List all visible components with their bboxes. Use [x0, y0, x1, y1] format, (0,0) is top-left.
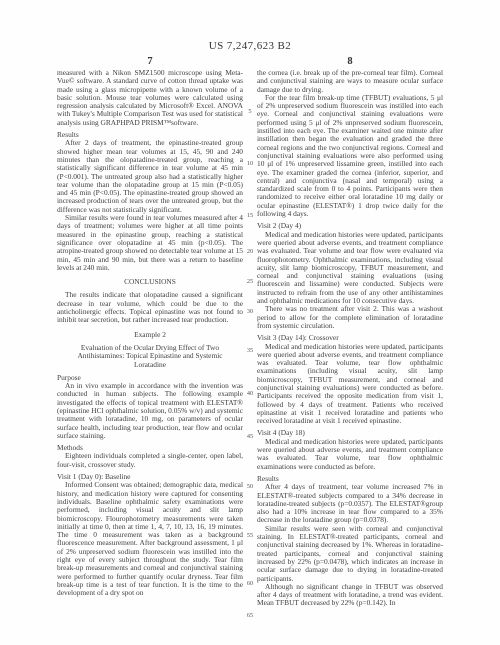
- right-column: the cornea (i.e. break up of the pre-cor…: [257, 69, 443, 608]
- line-number: 45: [242, 433, 258, 440]
- line-number: 65: [242, 612, 258, 619]
- centered-heading: CONCLUSIONS: [57, 278, 243, 286]
- line-number: 50: [242, 483, 258, 490]
- paragraph: After 2 days of treatment, the epinastin…: [57, 139, 243, 214]
- paragraph: Eighteen individuals completed a single-…: [57, 452, 243, 469]
- paragraph: There was no treatment after visit 2. Th…: [257, 305, 443, 330]
- paragraph: Medical and medication histories were up…: [257, 343, 443, 426]
- paragraph: For the tear film break-up time (TFBUT) …: [257, 94, 443, 218]
- page-column-number-left: 7: [57, 56, 243, 67]
- patent-page: US 7,247,623 B2 7 8 51015202530354045505…: [0, 0, 500, 645]
- line-number: 15: [242, 212, 258, 219]
- line-number: 60: [242, 580, 258, 587]
- line-number: 35: [242, 347, 258, 354]
- line-number: 40: [242, 390, 258, 397]
- paragraph: Medical and medication histories were up…: [257, 231, 443, 306]
- paragraph: Similar results were seen with corneal a…: [257, 525, 443, 583]
- paragraph: After 4 days of treatment, tear volume i…: [257, 483, 443, 524]
- paragraph: Although no significant change in TFBUT …: [257, 583, 443, 608]
- line-number: 30: [242, 308, 258, 315]
- example-title: Evaluation of the Ocular Drying Effect o…: [71, 344, 229, 369]
- line-number: 20: [242, 248, 258, 255]
- paragraph: Similar results were found in tear volum…: [57, 214, 243, 272]
- paragraph: The results indicate that olopatadine ca…: [57, 291, 243, 324]
- paragraph: Informed Consent was obtained; demograph…: [57, 481, 243, 597]
- line-number: 25: [242, 278, 258, 285]
- centered-heading: Example 2: [57, 331, 243, 339]
- left-column: measured with a Nikon SMZ1500 microscope…: [57, 69, 243, 598]
- line-number: 10: [242, 160, 258, 167]
- paragraph: the cornea (i.e. break up of the pre-cor…: [257, 69, 443, 94]
- line-number: 5: [242, 108, 258, 115]
- paragraph: Medical and medication histories were up…: [257, 438, 443, 471]
- page-column-number-right: 8: [257, 56, 443, 67]
- paragraph: An in vivo example in accordance with th…: [57, 382, 243, 440]
- paragraph: measured with a Nikon SMZ1500 microscope…: [57, 69, 243, 127]
- line-number: 55: [242, 532, 258, 539]
- patent-number: US 7,247,623 B2: [0, 40, 500, 52]
